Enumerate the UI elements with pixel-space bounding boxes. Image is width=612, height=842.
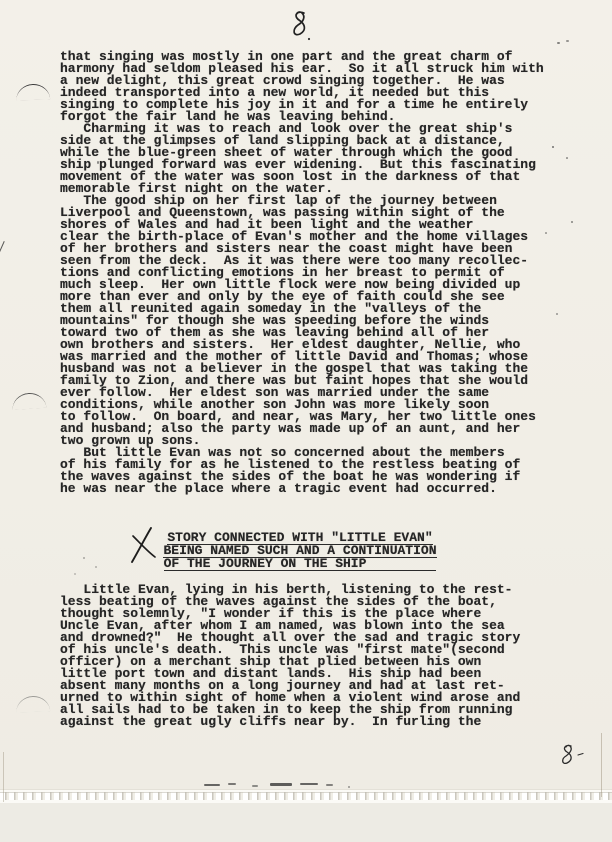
scanned-manuscript-page: { "page": { "top_page_number": "8", "bot… (0, 0, 612, 842)
page-edge-shadow-right (601, 733, 602, 797)
paragraph: But little Evan was not so concerned abo… (60, 447, 544, 495)
scanner-background (0, 803, 612, 842)
perforation-strip (0, 792, 612, 800)
paragraph: Little Evan, lying in his berth, listeni… (60, 584, 520, 728)
text-line: he was near the place where a tragic eve… (60, 483, 544, 495)
text-line: against the great ugly cliffs near by. I… (60, 716, 520, 728)
section-heading: STORY CONNECTED WITH "LITTLE EVAN" BEING… (60, 531, 540, 570)
paragraph: Charming it was to reach and look over t… (60, 123, 544, 195)
manuscript-text-block-bottom: Little Evan, lying in his berth, listeni… (60, 584, 520, 728)
heading-line: OF THE JOURNEY ON THE SHIP (60, 557, 540, 570)
manuscript-text-block-top: that singing was mostly in one part and … (60, 51, 544, 495)
paragraph: The good ship on her first lap of the jo… (60, 195, 544, 447)
page-edge-shadow-left (3, 752, 4, 802)
handwritten-page-number-bottom (558, 742, 594, 772)
paragraph: that singing was mostly in one part and … (60, 51, 544, 123)
handwritten-page-number-top (287, 8, 317, 48)
